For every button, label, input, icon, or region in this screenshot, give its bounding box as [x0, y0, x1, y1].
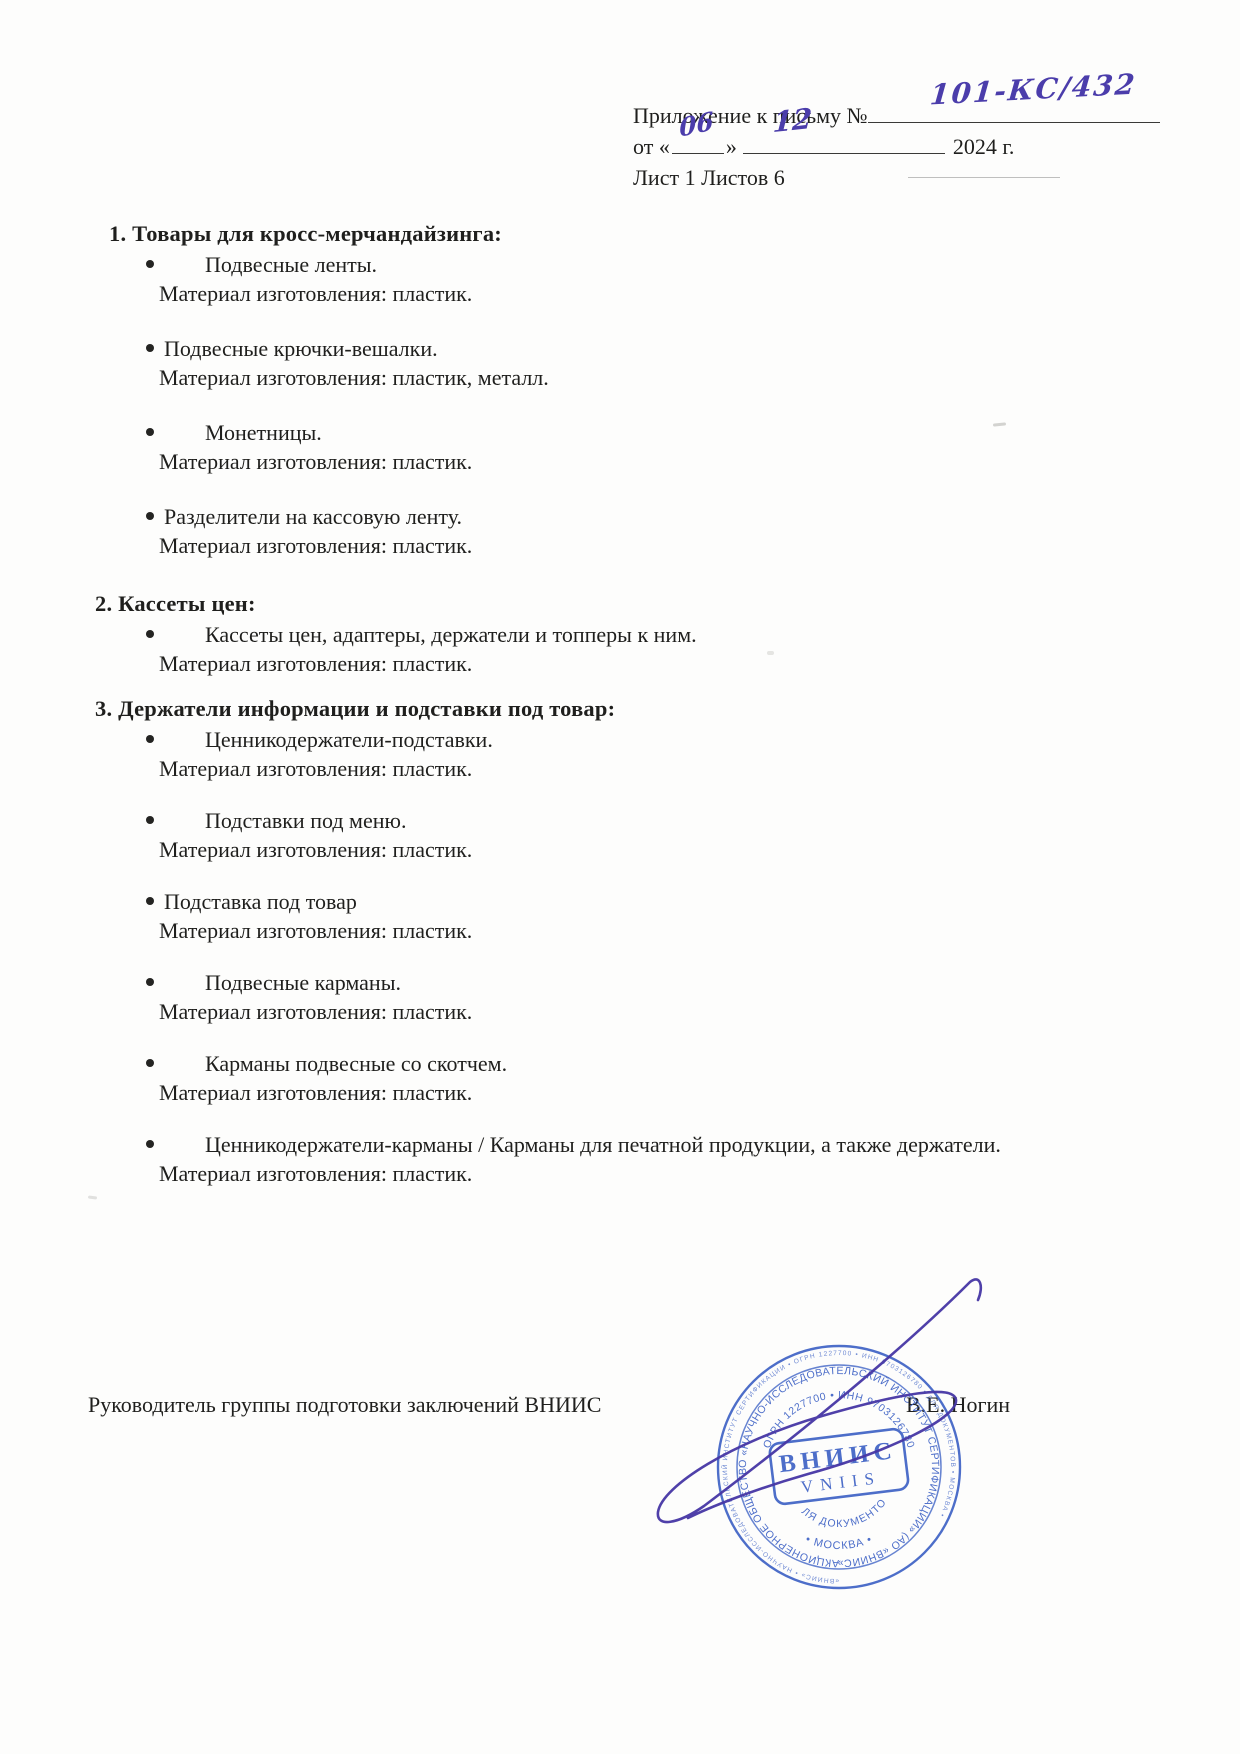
product-item: Подвесные карманы. Материал изготовления… — [95, 968, 1165, 1026]
product-name: Подставка под товар — [164, 887, 1165, 916]
letter-reference-block: Приложение к письму №101-КС/432 от «06»1… — [633, 100, 1160, 193]
bullet-icon — [146, 260, 154, 268]
section-number: 3. — [95, 696, 112, 721]
bullet-icon — [146, 344, 154, 352]
section-title: 1. Товары для кросс-мерчандайзинга: — [95, 219, 1165, 248]
bullet-icon — [146, 428, 154, 436]
appendix-label: Приложение к письму № — [633, 103, 868, 128]
product-item: Подставки под меню. Материал изготовлени… — [95, 806, 1165, 864]
handwritten-month: 12 — [772, 103, 813, 138]
date-line: от «06»122024 г. — [633, 131, 1160, 162]
product-item: Ценникодержатели-карманы / Карманы для п… — [95, 1130, 1165, 1188]
bullet-icon — [146, 978, 154, 986]
scanned-letter-page: Приложение к письму №101-КС/432 от «06»1… — [0, 0, 1240, 1754]
section-items: Подвесные ленты. Материал изготовления: … — [95, 250, 1165, 560]
product-material: Материал изготовления: пластик. — [159, 835, 1165, 864]
product-name: Подвесные ленты. — [205, 250, 1165, 279]
section-items: Ценникодержатели-подставки. Материал изг… — [95, 725, 1165, 1188]
product-material: Материал изготовления: пластик. — [159, 531, 1165, 560]
product-name: Монетницы. — [205, 418, 1165, 447]
product-item: Подставка под товар Материал изготовлени… — [95, 887, 1165, 945]
product-section: 2. Кассеты цен: Кассеты цен, адаптеры, д… — [95, 589, 1165, 701]
bullet-icon — [146, 897, 154, 905]
product-item: Подвесные ленты. Материал изготовления: … — [95, 250, 1165, 308]
product-material: Материал изготовления: пластик. — [159, 1078, 1165, 1107]
sheet-count-line: Лист 1 Листов 6 — [633, 162, 1160, 193]
product-item: Кассеты цен, адаптеры, держатели и топпе… — [95, 620, 1165, 678]
product-name: Кассеты цен, адаптеры, держатели и топпе… — [205, 620, 1165, 649]
product-item: Ценникодержатели-подставки. Материал изг… — [95, 725, 1165, 783]
day-blank: 06 — [672, 131, 724, 154]
section-number: 2. — [95, 591, 112, 616]
section-title-text: Товары для кросс-мерчандайзинга: — [132, 221, 502, 246]
product-material: Материал изготовления: пластик. — [159, 1159, 1165, 1188]
product-material: Материал изготовления: пластик. — [159, 754, 1165, 783]
pen-signature — [612, 1262, 1012, 1562]
section-title: 3. Держатели информации и подставки под … — [95, 694, 1165, 723]
product-name: Подвесные крючки-вешалки. — [164, 334, 1165, 363]
date-close-quote: » — [726, 134, 737, 159]
bullet-icon — [146, 1059, 154, 1067]
year-label: 2024 г. — [953, 134, 1015, 159]
product-name: Разделители на кассовую ленту. — [164, 502, 1165, 531]
date-prefix: от « — [633, 134, 670, 159]
product-name: Подвесные карманы. — [205, 968, 1165, 997]
sheet-count: Лист 1 Листов 6 — [633, 165, 785, 190]
product-material: Материал изготовления: пластик. — [159, 447, 1165, 476]
product-item: Карманы подвесные со скотчем. Материал и… — [95, 1049, 1165, 1107]
product-material: Материал изготовления: пластик. — [159, 279, 1165, 308]
product-item: Разделители на кассовую ленту. Материал … — [95, 502, 1165, 560]
bullet-icon — [146, 630, 154, 638]
product-name: Ценникодержатели-подставки. — [205, 725, 1165, 754]
product-section: 3. Держатели информации и подставки под … — [95, 694, 1165, 1211]
product-material: Материал изготовления: пластик, металл. — [159, 363, 1165, 392]
bullet-icon — [146, 1140, 154, 1148]
product-material: Материал изготовления: пластик. — [159, 649, 1165, 678]
bullet-icon — [146, 735, 154, 743]
product-name: Ценникодержатели-карманы / Карманы для п… — [205, 1130, 1165, 1159]
product-material: Материал изготовления: пластик. — [159, 916, 1165, 945]
scan-speck — [88, 1195, 97, 1199]
product-material: Материал изготовления: пластик. — [159, 997, 1165, 1026]
section-title: 2. Кассеты цен: — [95, 589, 1165, 618]
handwritten-day: 06 — [679, 105, 714, 144]
section-number: 1. — [109, 221, 126, 246]
year-underline — [908, 177, 1060, 178]
section-items: Кассеты цен, адаптеры, держатели и топпе… — [95, 620, 1165, 678]
section-title-text: Держатели информации и подставки под тов… — [118, 696, 615, 721]
bullet-icon — [146, 816, 154, 824]
product-item: Подвесные крючки-вешалки. Материал изгот… — [95, 334, 1165, 392]
bullet-icon — [146, 512, 154, 520]
section-title-text: Кассеты цен: — [118, 591, 256, 616]
product-name: Подставки под меню. — [205, 806, 1165, 835]
scan-speck — [767, 651, 774, 655]
product-name: Карманы подвесные со скотчем. — [205, 1049, 1165, 1078]
handwritten-letter-number: 101-КС/432 — [928, 69, 1137, 111]
signer-role: Руководитель группы подготовки заключени… — [88, 1392, 601, 1418]
letter-number-blank: 101-КС/432 — [868, 100, 1160, 123]
product-section: 1. Товары для кросс-мерчандайзинга: Подв… — [95, 219, 1165, 586]
product-item: Монетницы. Материал изготовления: пласти… — [95, 418, 1165, 476]
month-blank: 12 — [743, 131, 945, 154]
